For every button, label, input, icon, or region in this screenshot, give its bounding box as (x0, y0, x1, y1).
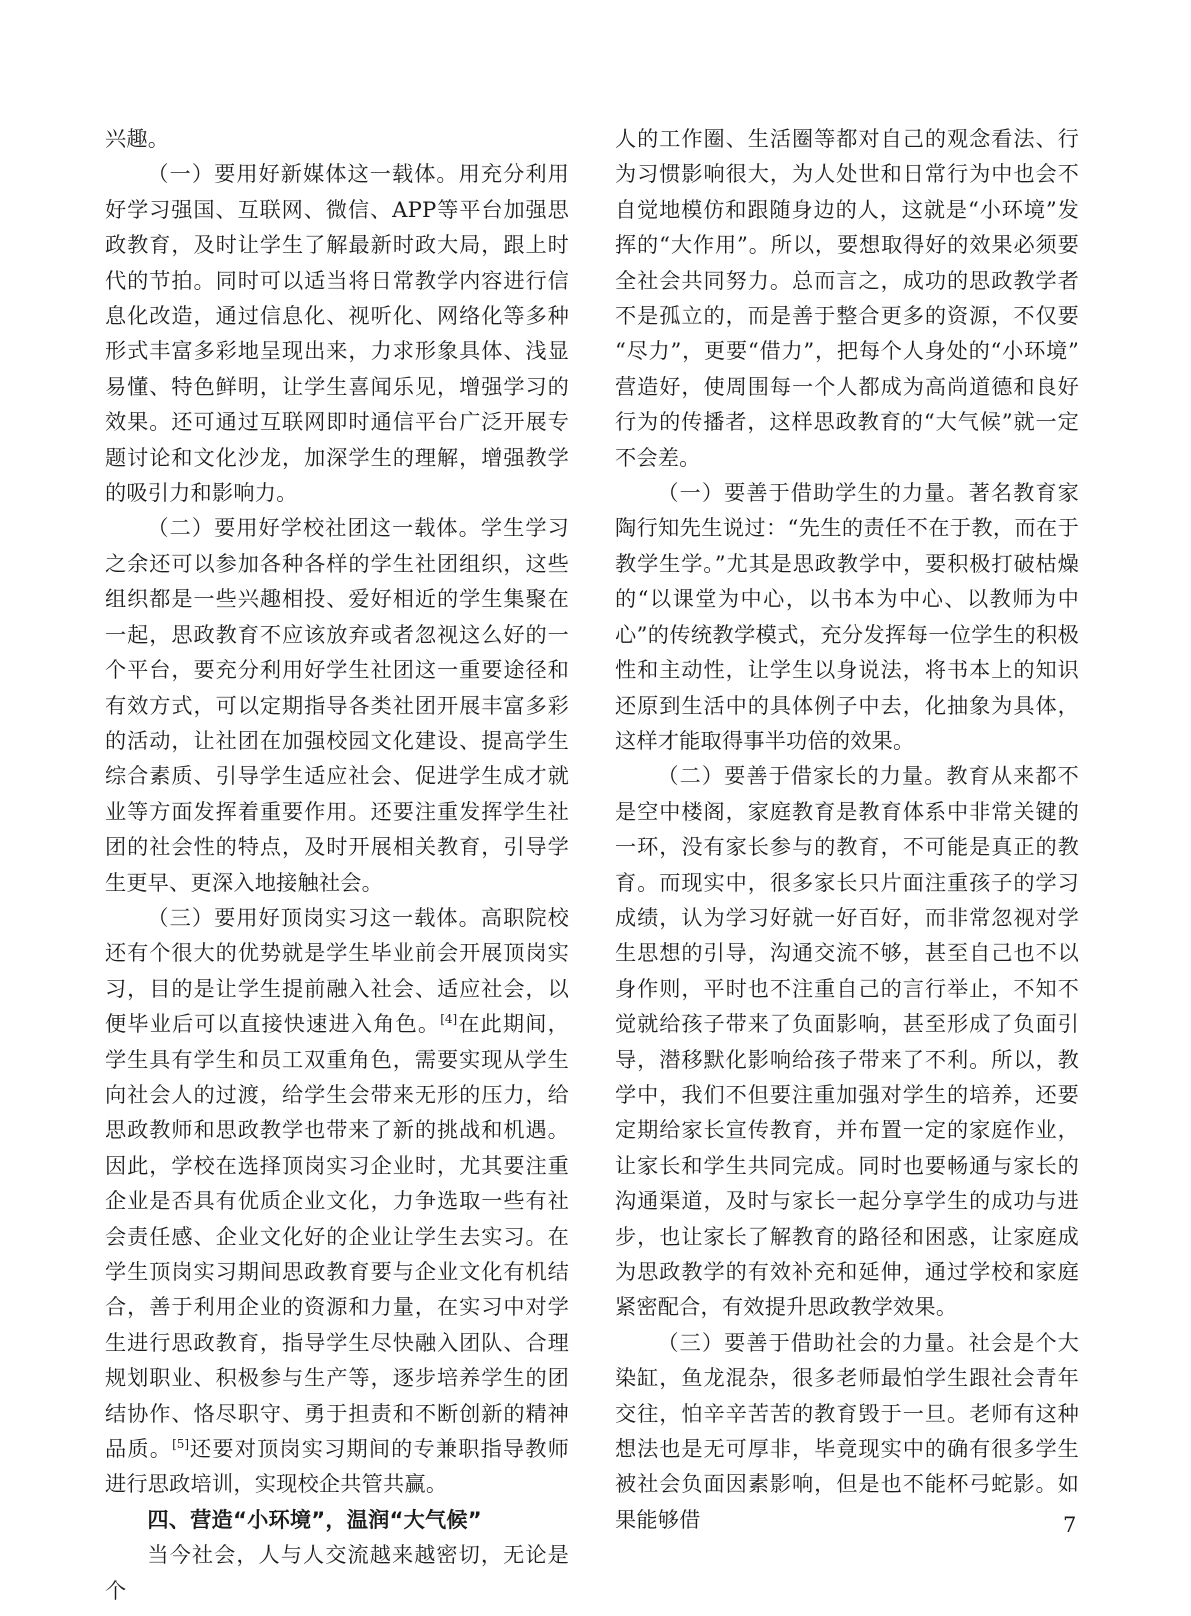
paragraph-continuation: 人的工作圈、生活圈等都对自己的观念看法、行为习惯影响很大，为人处世和日常行为中也… (615, 121, 1079, 475)
section-heading-4: 四、营造“小环境”，温润“大气候” (105, 1502, 569, 1537)
page-number: 7 (1063, 1512, 1076, 1538)
right-column: 人的工作圈、生活圈等都对自己的观念看法、行为习惯影响很大，为人处世和日常行为中也… (615, 121, 1079, 1608)
left-column: 兴趣。 （一）要用好新媒体这一载体。用充分利用好学习强国、互联网、微信、APP等… (105, 121, 569, 1608)
two-column-text-area: 兴趣。 （一）要用好新媒体这一载体。用充分利用好学习强国、互联网、微信、APP等… (105, 121, 1079, 1608)
citation-ref-4: [4] (440, 1012, 457, 1026)
paragraph-text: 在此期间，学生具有学生和员工双重角色，需要实现从学生向社会人的过渡，给学生会带来… (105, 1011, 569, 1461)
paragraph-parent-power: （二）要善于借家长的力量。教育从来都不是空中楼阁，家庭教育是教育体系中非常关键的… (615, 758, 1079, 1325)
paragraph-new-media: （一）要用好新媒体这一载体。用充分利用好学习强国、互联网、微信、APP等平台加强… (105, 156, 569, 510)
paragraph-student-power: （一）要善于借助学生的力量。著名教育家陶行知先生说过：“先生的责任不在于教，而在… (615, 475, 1079, 758)
paragraph-internship: （三）要用好顶岗实习这一载体。高职院校还有个很大的优势就是学生毕业前会开展顶岗实… (105, 900, 569, 1502)
citation-ref-5: [5] (172, 1437, 189, 1451)
paragraph-section4-intro: 当今社会，人与人交流越来越密切，无论是个 (105, 1537, 569, 1608)
paragraph-society-power: （三）要善于借助社会的力量。社会是个大染缸，鱼龙混杂，很多老师最怕学生跟社会青年… (615, 1325, 1079, 1537)
document-page: 兴趣。 （一）要用好新媒体这一载体。用充分利用好学习强国、互联网、微信、APP等… (0, 0, 1191, 1616)
paragraph-student-clubs: （二）要用好学校社团这一载体。学生学习之余还可以参加各种各样的学生社团组织，这些… (105, 510, 569, 899)
paragraph-continuation: 兴趣。 (105, 121, 569, 156)
